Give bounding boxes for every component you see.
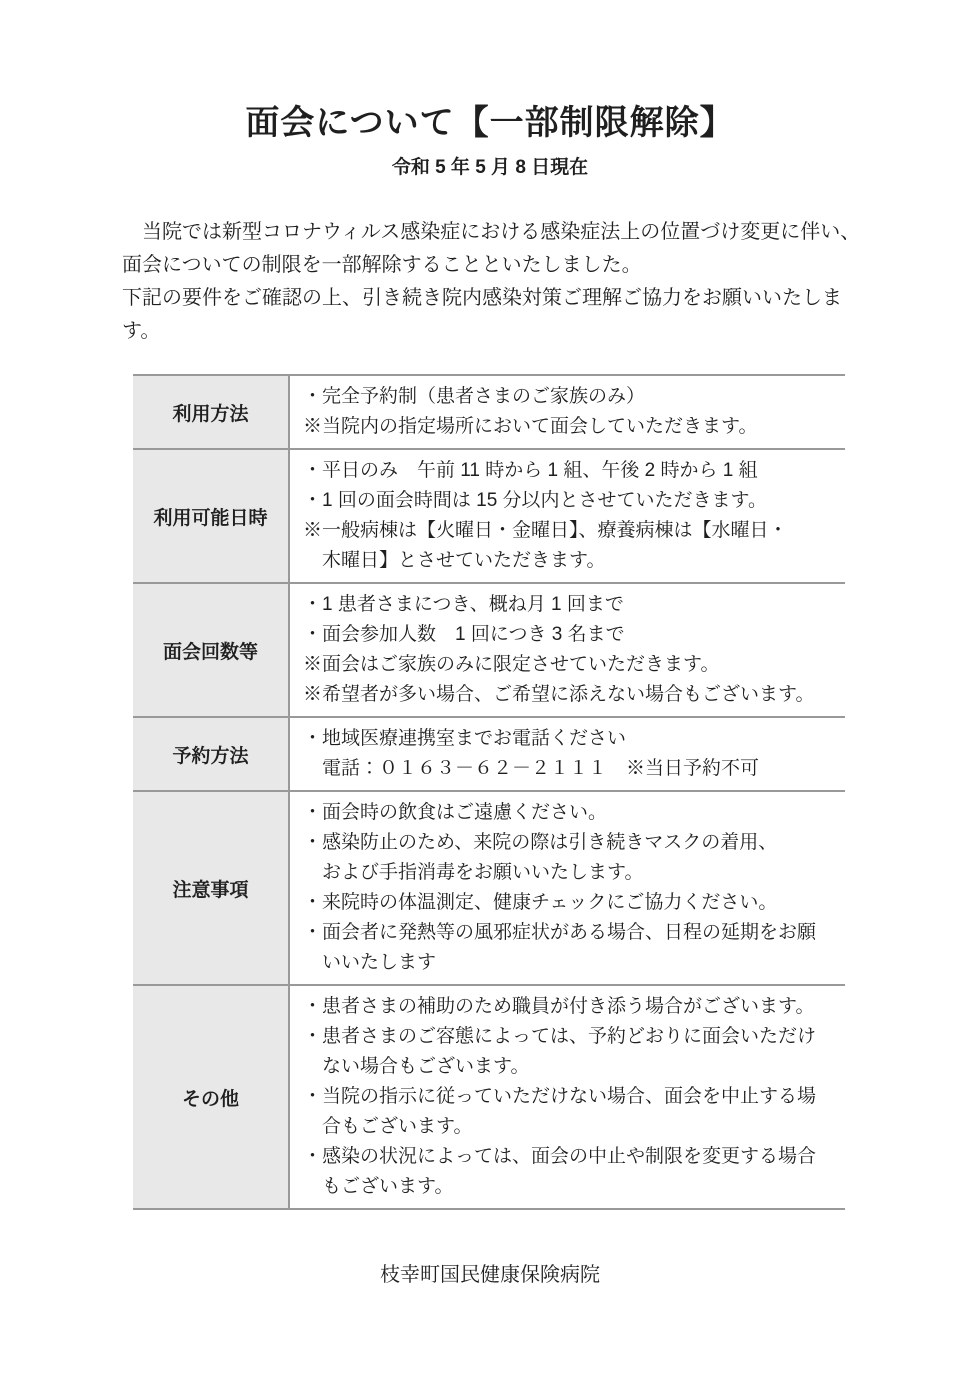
content-line: 電話：０１６３－６２－２１１１ ※当日予約不可 xyxy=(303,754,837,784)
row-content-cell: ・患者さまの補助のため職員が付き添う場合がございます。・患者さまのご容態によって… xyxy=(289,985,845,1209)
content-line: いいたします xyxy=(303,948,837,978)
row-header-cell: 利用方法 xyxy=(133,375,289,449)
row-content-cell: ・完全予約制（患者さまのご家族のみ）※当院内の指定場所において面会していただきま… xyxy=(289,375,845,449)
content-line: ・平日のみ 午前 11 時から 1 組、午後 2 時から 1 組 xyxy=(303,456,837,486)
intro-line: 当院では新型コロナウィルス感染症における感染症法上の位置づけ変更に伴い、 xyxy=(122,216,876,249)
visiting-rules-table: 利用方法・完全予約制（患者さまのご家族のみ）※当院内の指定場所において面会してい… xyxy=(133,374,845,1210)
date-line: 令和 5 年 5 月 8 日現在 xyxy=(0,156,980,180)
row-content-cell: ・地域医療連携室までお電話ください 電話：０１６３－６２－２１１１ ※当日予約不… xyxy=(289,717,845,791)
content-line: ない場合もございます。 xyxy=(303,1052,837,1082)
content-line: ・完全予約制（患者さまのご家族のみ） xyxy=(303,382,837,412)
page-title: 面会について【一部制限解除】 xyxy=(0,0,980,146)
visiting-rules-table-body: 利用方法・完全予約制（患者さまのご家族のみ）※当院内の指定場所において面会してい… xyxy=(133,375,845,1209)
content-line: ・地域医療連携室までお電話ください xyxy=(303,724,837,754)
row-content-cell: ・1 患者さまにつき、概ね月 1 回まで・面会参加人数 1 回につき 3 名まで… xyxy=(289,583,845,717)
row-header-cell: 面会回数等 xyxy=(133,583,289,717)
content-line: ※当院内の指定場所において面会していただきます。 xyxy=(303,412,837,442)
content-line: ・当院の指示に従っていただけない場合、面会を中止する場 xyxy=(303,1082,837,1112)
content-line: ※面会はご家族のみに限定させていただきます。 xyxy=(303,650,837,680)
content-line: ※希望者が多い場合、ご希望に添えない場合もございます。 xyxy=(303,680,837,710)
content-line: ・患者さまのご容態によっては、予約どおりに面会いただけ xyxy=(303,1022,837,1052)
content-line: ・1 患者さまにつき、概ね月 1 回まで xyxy=(303,590,837,620)
row-header-cell: 利用可能日時 xyxy=(133,449,289,583)
table-row: 予約方法・地域医療連携室までお電話ください 電話：０１６３－６２－２１１１ ※当… xyxy=(133,717,845,791)
content-line: ・患者さまの補助のため職員が付き添う場合がございます。 xyxy=(303,992,837,1022)
row-content-cell: ・面会時の飲食はご遠慮ください。・感染防止のため、来院の際は引き続きマスクの着用… xyxy=(289,791,845,985)
content-line: ・来院時の体温測定、健康チェックにご協力ください。 xyxy=(303,888,837,918)
content-line: ・感染防止のため、来院の際は引き続きマスクの着用、 xyxy=(303,828,837,858)
table-row: 利用可能日時・平日のみ 午前 11 時から 1 組、午後 2 時から 1 組・1… xyxy=(133,449,845,583)
content-line: ・面会者に発熱等の風邪症状がある場合、日程の延期をお願 xyxy=(303,918,837,948)
intro-line: 下記の要件をご確認の上、引き続き院内感染対策ご理解ご協力をお願いいたします。 xyxy=(122,282,876,348)
content-line: 木曜日】とさせていただきます。 xyxy=(303,546,837,576)
content-line: ・1 回の面会時間は 15 分以内とさせていただきます。 xyxy=(303,486,837,516)
intro-line: 面会についての制限を一部解除することといたしました。 xyxy=(122,249,876,282)
row-header-cell: その他 xyxy=(133,985,289,1209)
content-line: ・面会参加人数 1 回につき 3 名まで xyxy=(303,620,837,650)
content-line: ※一般病棟は【火曜日・金曜日】、療養病棟は【水曜日・ xyxy=(303,516,837,546)
table-row: その他・患者さまの補助のため職員が付き添う場合がございます。・患者さまのご容態に… xyxy=(133,985,845,1209)
intro-paragraph: 当院では新型コロナウィルス感染症における感染症法上の位置づけ変更に伴い、 面会に… xyxy=(122,216,876,348)
table-row: 面会回数等・1 患者さまにつき、概ね月 1 回まで・面会参加人数 1 回につき … xyxy=(133,583,845,717)
content-line: 合もございます。 xyxy=(303,1112,837,1142)
row-content-cell: ・平日のみ 午前 11 時から 1 組、午後 2 時から 1 組・1 回の面会時… xyxy=(289,449,845,583)
row-header-cell: 予約方法 xyxy=(133,717,289,791)
row-header-cell: 注意事項 xyxy=(133,791,289,985)
content-line: および手指消毒をお願いいたします。 xyxy=(303,858,837,888)
table-row: 利用方法・完全予約制（患者さまのご家族のみ）※当院内の指定場所において面会してい… xyxy=(133,375,845,449)
table-row: 注意事項・面会時の飲食はご遠慮ください。・感染防止のため、来院の際は引き続きマス… xyxy=(133,791,845,985)
content-line: ・感染の状況によっては、面会の中止や制限を変更する場合 xyxy=(303,1142,837,1172)
content-line: もございます。 xyxy=(303,1172,837,1202)
notice-page: 面会について【一部制限解除】 令和 5 年 5 月 8 日現在 当院では新型コロ… xyxy=(0,0,980,1387)
footer-hospital-name: 枝幸町国民健康保険病院 xyxy=(0,1262,980,1288)
content-line: ・面会時の飲食はご遠慮ください。 xyxy=(303,798,837,828)
